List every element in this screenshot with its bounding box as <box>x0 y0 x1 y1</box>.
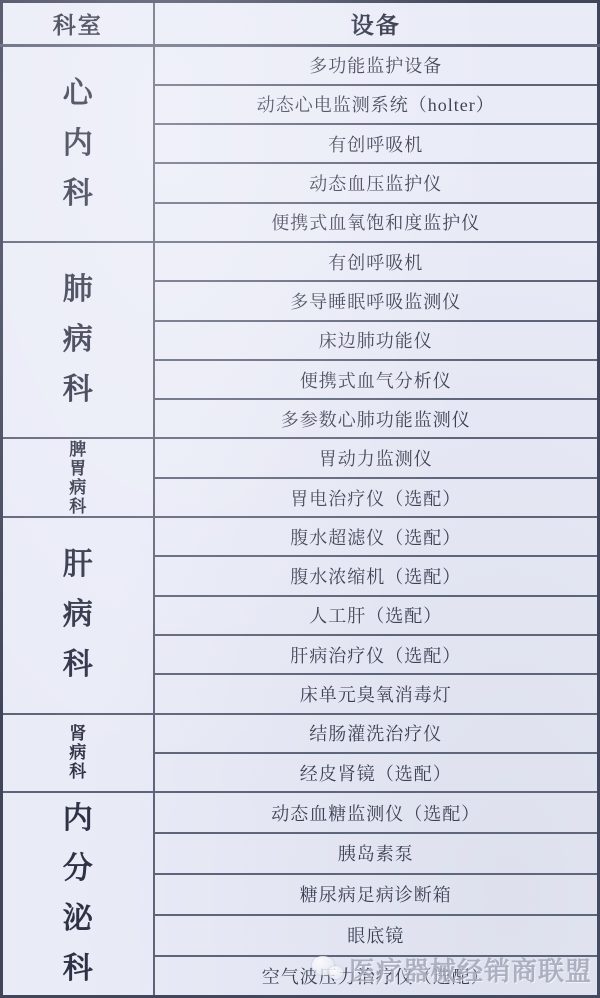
equipment-cell: 动态血压监护仪 <box>154 163 599 202</box>
department-name: 肝病科 <box>3 540 153 690</box>
department-cell: 肺病科 <box>2 242 154 438</box>
department-char: 肾 <box>69 724 86 743</box>
department-name: 脾胃病科 <box>3 440 153 516</box>
equipment-cell: 胰岛素泵 <box>154 833 599 874</box>
department-cell: 肾病科 <box>2 714 154 793</box>
department-char: 脾 <box>69 440 86 459</box>
table-row: 脾胃病科胃动力监测仪 <box>2 438 599 477</box>
equipment-cell: 多导睡眠呼吸监测仪 <box>154 281 599 320</box>
equipment-cell: 眼底镜 <box>154 915 599 956</box>
equipment-cell: 多参数心肺功能监测仪 <box>154 399 599 438</box>
department-cell: 肝病科 <box>2 517 154 713</box>
department-char: 科 <box>63 169 93 219</box>
equipment-cell: 有创呼吸机 <box>154 124 599 163</box>
department-char: 肺 <box>63 265 93 315</box>
department-name: 内分泌科 <box>3 794 153 994</box>
table-row: 内分泌科动态血糖监测仪（选配） <box>2 792 599 833</box>
table-row: 肝病科腹水超滤仪（选配） <box>2 517 599 556</box>
department-char: 肝 <box>63 540 93 590</box>
header-row: 科室 设备 <box>2 2 599 46</box>
equipment-cell: 便携式血氧饱和度监护仪 <box>154 203 599 242</box>
department-char: 病 <box>63 590 93 640</box>
department-char: 病 <box>69 743 86 762</box>
department-char: 内 <box>63 794 93 844</box>
equipment-table-page: 科室 设备 心内科多功能监护设备动态心电监测系统（holter）有创呼吸机动态血… <box>0 0 600 998</box>
equipment-cell: 糖尿病足病诊断箱 <box>154 874 599 915</box>
department-cell: 心内科 <box>2 46 154 242</box>
department-char: 内 <box>63 119 93 169</box>
department-name: 心内科 <box>3 69 153 219</box>
department-char: 病 <box>69 478 86 497</box>
department-equipment-table: 科室 设备 心内科多功能监护设备动态心电监测系统（holter）有创呼吸机动态血… <box>0 0 600 998</box>
equipment-cell: 便携式血气分析仪 <box>154 360 599 399</box>
equipment-cell: 肝病治疗仪（选配） <box>154 635 599 674</box>
equipment-cell: 结肠灌洗治疗仪 <box>154 714 599 753</box>
table-row: 肺病科有创呼吸机 <box>2 242 599 281</box>
department-char: 胃 <box>69 459 86 478</box>
department-cell: 脾胃病科 <box>2 438 154 517</box>
department-name: 肺病科 <box>3 265 153 415</box>
department-cell: 内分泌科 <box>2 792 154 996</box>
department-char: 科 <box>69 497 86 516</box>
header-department: 科室 <box>2 2 154 46</box>
equipment-cell: 腹水超滤仪（选配） <box>154 517 599 556</box>
department-char: 科 <box>63 944 93 994</box>
equipment-cell: 胃电治疗仪（选配） <box>154 478 599 517</box>
equipment-cell: 有创呼吸机 <box>154 242 599 281</box>
equipment-cell: 腹水浓缩机（选配） <box>154 556 599 595</box>
department-char: 病 <box>63 315 93 365</box>
department-char: 科 <box>63 640 93 690</box>
department-char: 科 <box>63 365 93 415</box>
department-name: 肾病科 <box>3 724 153 781</box>
equipment-cell: 床边肺功能仪 <box>154 321 599 360</box>
department-char: 泌 <box>63 894 93 944</box>
table-row: 心内科多功能监护设备 <box>2 46 599 85</box>
equipment-cell: 空气波压力治疗仪（选配） <box>154 956 599 997</box>
header-equipment: 设备 <box>154 2 599 46</box>
department-char: 心 <box>63 69 93 119</box>
department-char: 分 <box>63 844 93 894</box>
table-row: 肾病科结肠灌洗治疗仪 <box>2 714 599 753</box>
equipment-cell: 经皮肾镜（选配） <box>154 753 599 792</box>
equipment-cell: 人工肝（选配） <box>154 596 599 635</box>
department-char: 科 <box>69 762 86 781</box>
table-body: 心内科多功能监护设备动态心电监测系统（holter）有创呼吸机动态血压监护仪便携… <box>2 46 599 997</box>
equipment-cell: 胃动力监测仪 <box>154 438 599 477</box>
equipment-cell: 动态血糖监测仪（选配） <box>154 792 599 833</box>
equipment-cell: 床单元臭氧消毒灯 <box>154 674 599 713</box>
equipment-cell: 多功能监护设备 <box>154 46 599 85</box>
equipment-cell: 动态心电监测系统（holter） <box>154 85 599 124</box>
